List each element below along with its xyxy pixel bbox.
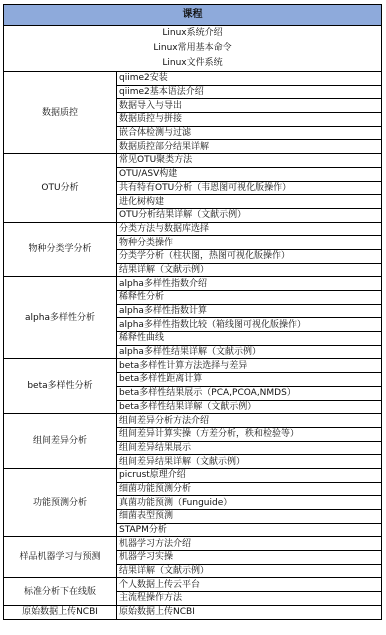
topic-cell: 组间差异结果展示 <box>117 441 382 455</box>
linux-item: Linux常用基本命令 <box>4 41 381 56</box>
category-cell: alpha多样性分析 <box>4 277 117 359</box>
topic-cell: beta多样性结果详解（文献示例） <box>117 400 382 414</box>
category-cell: 物种分类学分析 <box>4 222 117 277</box>
topic-cell: 数据质控与拼接 <box>117 113 382 127</box>
topic-cell: 机器学习实操 <box>117 551 382 565</box>
linux-cell: Linux系统介绍 Linux常用基本命令 Linux文件系统 <box>4 26 382 72</box>
topic-cell: 结果详解（文献示例） <box>117 263 382 277</box>
linux-item: Linux文件系统 <box>4 56 381 71</box>
table-row: beta多样性分析beta多样性计算方法选择与差异 <box>4 359 382 373</box>
topic-cell: 细菌功能预测分析 <box>117 482 382 496</box>
topic-cell: 数据导入与导出 <box>117 99 382 113</box>
category-cell: 数据质控 <box>4 72 117 154</box>
topic-cell: 稀释性分析 <box>117 291 382 305</box>
topic-cell: qiime2基本语法介绍 <box>117 85 382 99</box>
topic-cell: alpha多样性指数计算 <box>117 304 382 318</box>
topic-cell: 分类学分析（柱状图，热图可视化版操作） <box>117 249 382 263</box>
topic-cell: 分类方法与数据库选择 <box>117 222 382 236</box>
category-cell: beta多样性分析 <box>4 359 117 414</box>
topic-cell: 进化树构建 <box>117 195 382 209</box>
table-title: 课程 <box>4 5 382 26</box>
table-row: OTU分析常见OTU聚类方法 <box>4 154 382 168</box>
topic-cell: 共有特有OTU分析（韦恩图可视化版操作） <box>117 181 382 195</box>
topic-cell: 常见OTU聚类方法 <box>117 154 382 168</box>
topic-cell: 组间差异计算实操（方差分析，秩和检验等） <box>117 427 382 441</box>
category-cell: 组间差异分析 <box>4 414 117 469</box>
linux-item: Linux系统介绍 <box>4 26 381 41</box>
topic-cell: alpha多样性结果详解（文献示例） <box>117 345 382 359</box>
table-row: 功能预测分析picrust原理介绍 <box>4 468 382 482</box>
topic-cell: 结果详解（文献示例） <box>117 564 382 578</box>
topic-cell: OTU分析结果详解（文献示例） <box>117 208 382 222</box>
category-cell: 标准分析下在线版 <box>4 578 117 605</box>
topic-cell: 原始数据上传NCBI <box>117 605 382 619</box>
topic-cell: 组间差异结果详解（文献示例） <box>117 455 382 469</box>
topic-cell: 稀释性曲线 <box>117 332 382 346</box>
course-table: 课程 Linux系统介绍 Linux常用基本命令 Linux文件系统 数据质控q… <box>3 4 382 620</box>
topic-cell: 细菌表型预测 <box>117 510 382 524</box>
topic-cell: 数据质控部分结果详解 <box>117 140 382 154</box>
topic-cell: 嵌合体检测与过滤 <box>117 126 382 140</box>
topic-cell: 真菌功能预测（Funguide） <box>117 496 382 510</box>
category-cell: 原始数据上传NCBI <box>4 605 117 619</box>
table-row: 组间差异分析组间差异分析方法介绍 <box>4 414 382 428</box>
linux-row: Linux系统介绍 Linux常用基本命令 Linux文件系统 <box>4 26 382 72</box>
topic-cell: 组间差异分析方法介绍 <box>117 414 382 428</box>
topic-cell: 机器学习方法介绍 <box>117 537 382 551</box>
topic-cell: 物种分类操作 <box>117 236 382 250</box>
category-cell: 样品机器学习与预测 <box>4 537 117 578</box>
topic-cell: qiime2安装 <box>117 72 382 86</box>
table-row: alpha多样性分析alpha多样性指数介绍 <box>4 277 382 291</box>
topic-cell: 主流程操作方法 <box>117 592 382 606</box>
topic-cell: STAPM分析 <box>117 523 382 537</box>
table-row: 物种分类学分析分类方法与数据库选择 <box>4 222 382 236</box>
header-row: 课程 <box>4 5 382 26</box>
topic-cell: beta多样性结果展示（PCA,PCOA,NMDS） <box>117 386 382 400</box>
table-row: 标准分析下在线版个人数据上传云平台 <box>4 578 382 592</box>
topic-cell: beta多样性计算方法选择与差异 <box>117 359 382 373</box>
topic-cell: OTU/ASV构建 <box>117 167 382 181</box>
topic-cell: alpha多样性指数介绍 <box>117 277 382 291</box>
topic-cell: 个人数据上传云平台 <box>117 578 382 592</box>
topic-cell: alpha多样性指数比较（箱线图可视化版操作） <box>117 318 382 332</box>
table-row: 数据质控qiime2安装 <box>4 72 382 86</box>
table-row: 原始数据上传NCBI原始数据上传NCBI <box>4 605 382 619</box>
category-cell: 功能预测分析 <box>4 468 117 536</box>
table-row: 样品机器学习与预测机器学习方法介绍 <box>4 537 382 551</box>
category-cell: OTU分析 <box>4 154 117 222</box>
topic-cell: picrust原理介绍 <box>117 468 382 482</box>
topic-cell: beta多样性距离计算 <box>117 373 382 387</box>
